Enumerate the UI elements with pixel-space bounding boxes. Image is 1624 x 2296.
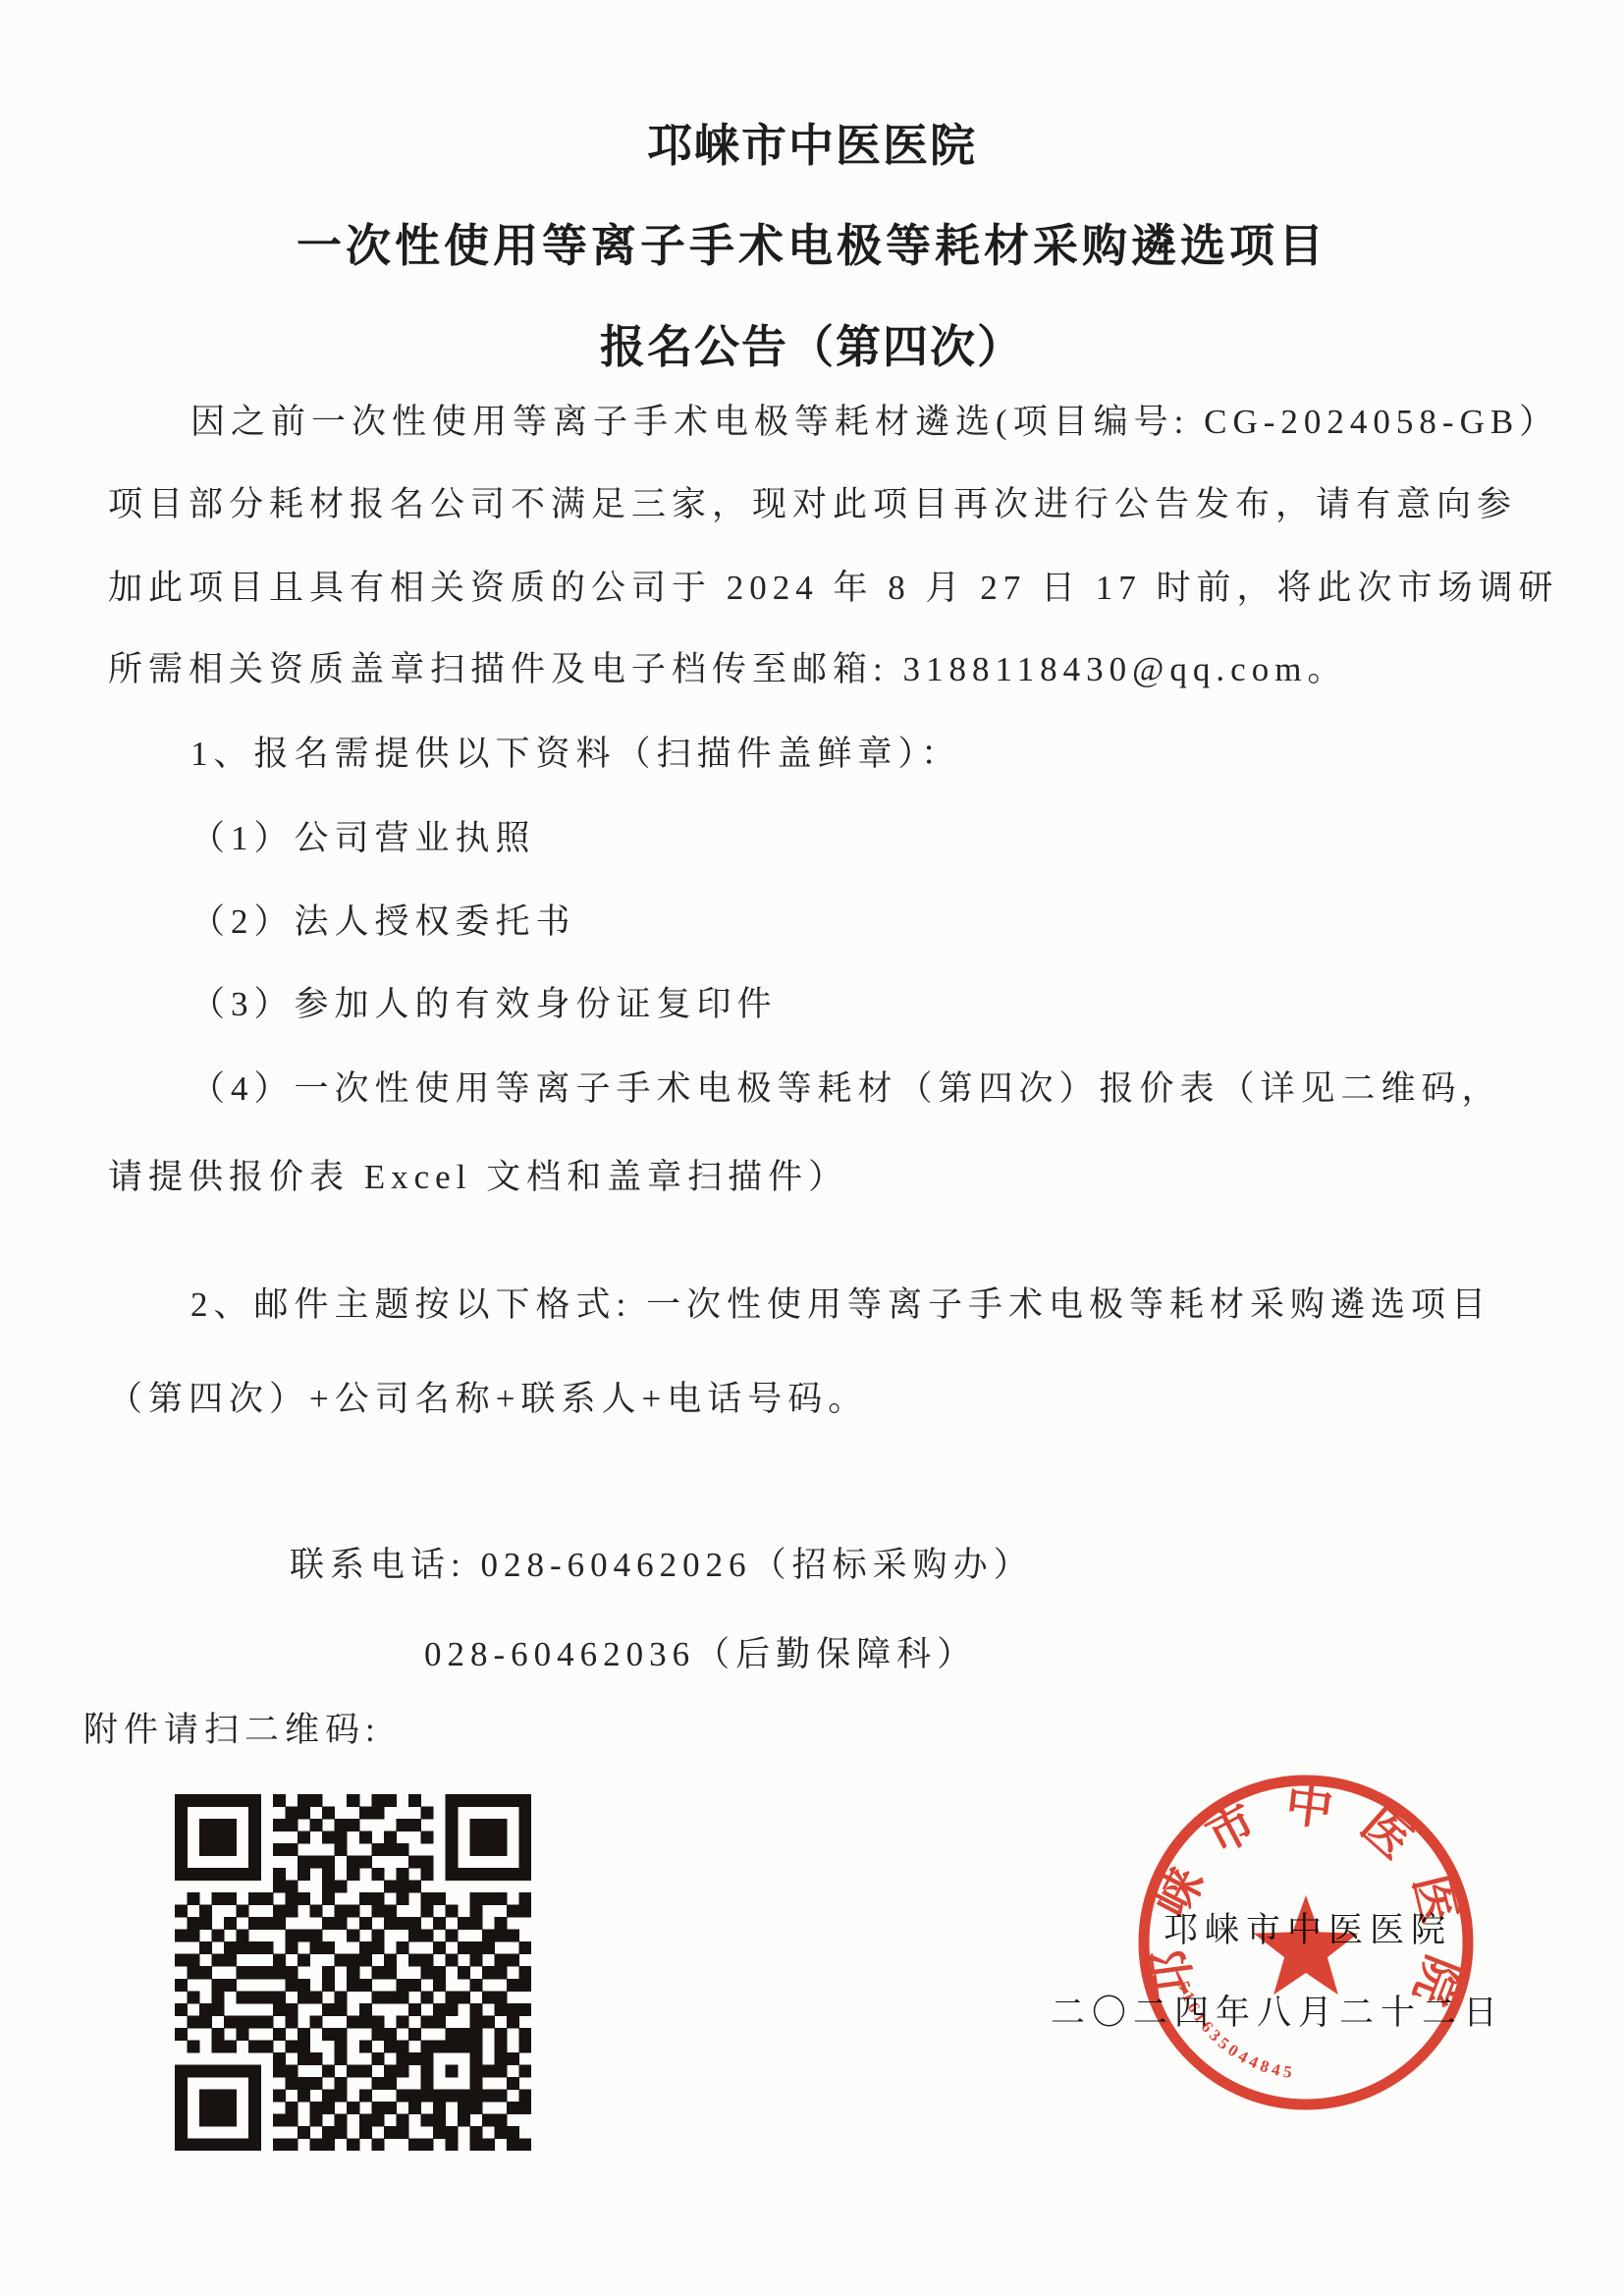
item-2-heading: 2、邮件主题按以下格式: 一次性使用等离子手术电极等耗材采购遴选项目 <box>108 1283 1561 1328</box>
item-1-sub-4-continued: 请提供报价表 Excel 文档和盖章扫描件） <box>108 1155 1561 1200</box>
item-1-sub-3: （3）参加人的有效身份证复印件 <box>108 982 1561 1027</box>
hospital-name-title: 邛崃市中医医院 <box>0 118 1624 175</box>
intro-line-4: 所需相关资质盖章扫描件及电子档传至邮箱: 3188118430@qq.com。 <box>108 647 1561 692</box>
intro-line-3: 加此项目且具有相关资质的公司于 2024 年 8 月 27 日 17 时前，将此… <box>108 566 1561 611</box>
announcement-subtitle: 报名公告（第四次） <box>0 319 1624 376</box>
signature-date: 二〇二四年八月二十二日 <box>1051 1986 1504 2035</box>
item-1-sub-1: （1）公司营业执照 <box>108 816 1561 861</box>
signature-org: 邛崃市中医医院 <box>1164 1903 1452 1952</box>
contact-phone-1: 联系电话: 028-60462026（招标采购办） <box>290 1543 1624 1588</box>
qr-note: 附件请扫二维码: <box>83 1708 1537 1753</box>
intro-line-2: 项目部分耗材报名公司不满足三家，现对此项目再次进行公告发布，请有意向参 <box>108 482 1561 527</box>
qr-code <box>175 1794 531 2151</box>
project-title: 一次性使用等离子手术电极等耗材采购遴选项目 <box>0 218 1624 275</box>
item-1-sub-2: （2）法人授权委托书 <box>108 900 1561 945</box>
item-2-continued: （第四次）+公司名称+联系人+电话号码。 <box>108 1377 1561 1422</box>
item-1-sub-4: （4）一次性使用等离子手术电极等耗材（第四次）报价表（详见二维码， <box>108 1066 1561 1112</box>
item-1-heading: 1、报名需提供以下资料（扫描件盖鲜章）： <box>108 732 1561 777</box>
contact-phone-2: 028-60462036（后勤保障科） <box>424 1632 1624 1677</box>
intro-line-1: 因之前一次性使用等离子手术电极等耗材遴选(项目编号: CG-2024058-GB… <box>108 400 1561 445</box>
qr-code-image <box>175 1794 531 2151</box>
scanned-announcement-page: 邛崃市中医医院 一次性使用等离子手术电极等耗材采购遴选项目 报名公告（第四次） … <box>0 0 1624 2296</box>
